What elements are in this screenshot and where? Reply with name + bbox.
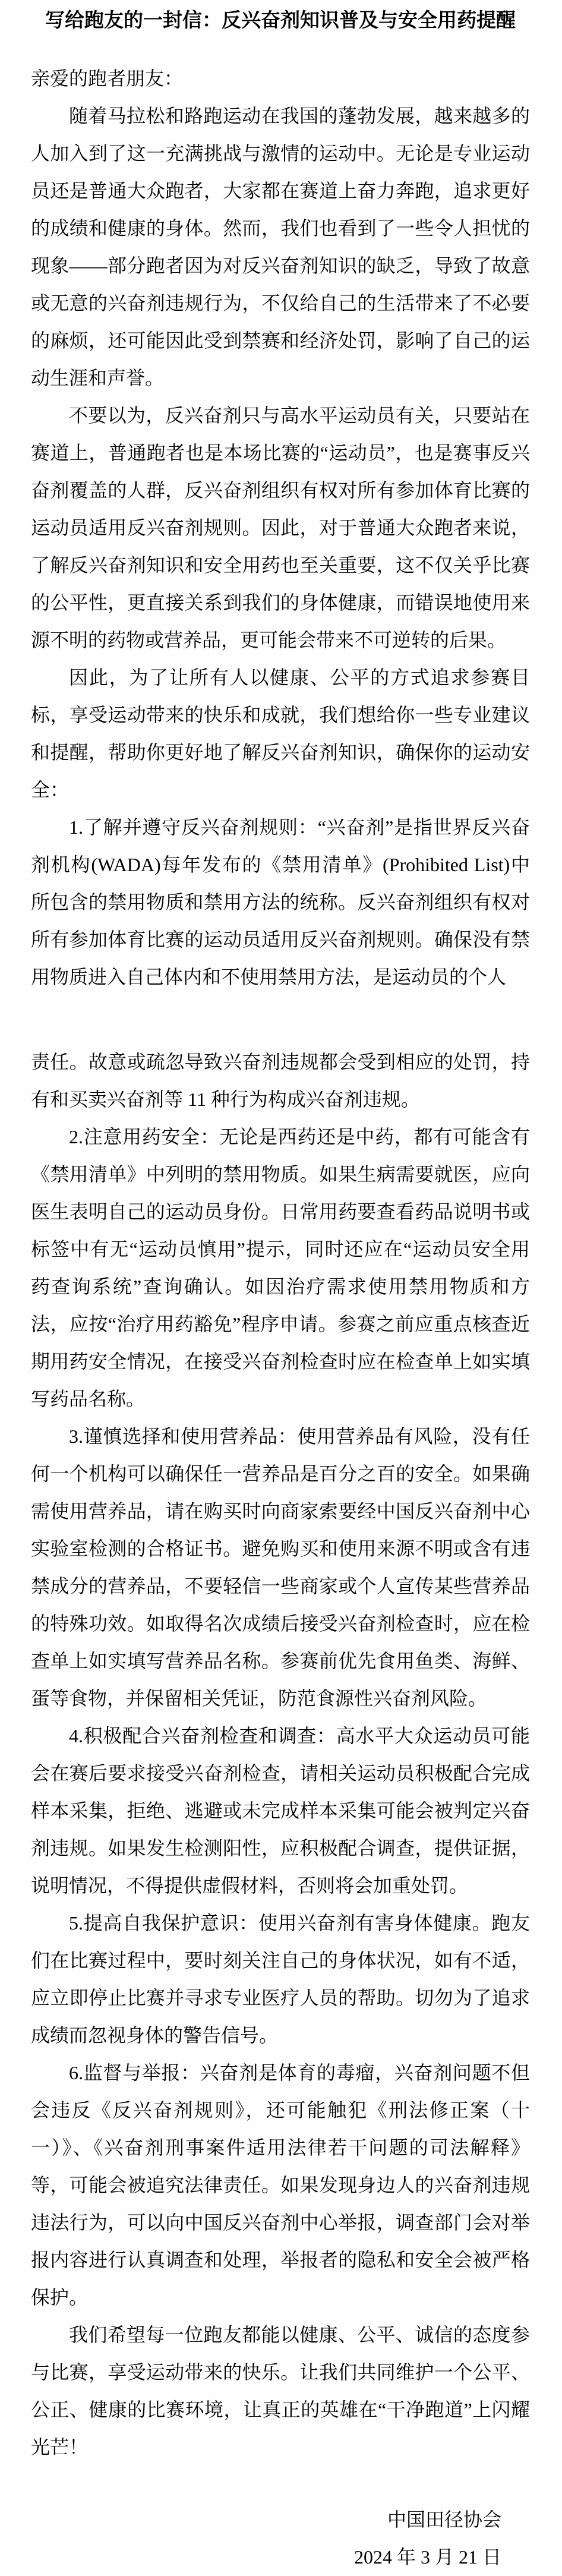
- letter-document-page: 写给跑友的一封信：反兴奋剂知识普及与安全用药提醒 亲爱的跑者朋友： 随着马拉松和…: [0, 0, 562, 2576]
- letter-title: 写给跑友的一封信：反兴奋剂知识普及与安全用药提醒: [31, 7, 530, 33]
- paragraph-point-1-rules-part-b: 责任。故意或疏忽导致兴奋剂违规都会受到相应的处罚，持有和买卖兴奋剂等 11 种行…: [31, 1043, 530, 1118]
- page-break-gap: [31, 996, 530, 1043]
- paragraph-intro-development: 随着马拉松和路跑运动在我国的蓬勃发展，越来越多的人加入到了这一充满挑战与激情的运…: [31, 97, 530, 397]
- signature-organization: 中国田径协会: [31, 2501, 501, 2539]
- signature-date: 2024 年 3 月 21 日: [31, 2539, 501, 2576]
- paragraph-point-4-testing-cooperation: 4.积极配合兴奋剂检查和调查：高水平大众运动员可能会在赛后要求接受兴奋剂检查，请…: [31, 1717, 530, 1905]
- paragraph-point-5-self-protection: 5.提高自我保护意识：使用兴奋剂有害身体健康。跑友们在比赛过程中，要时刻关注自己…: [31, 1905, 530, 2054]
- letter-salutation: 亲爱的跑者朋友：: [31, 60, 530, 97]
- paragraph-point-3-supplements: 3.谨慎选择和使用营养品：使用营养品有风险，没有任何一个机构可以确保任一营养品是…: [31, 1418, 530, 1717]
- signature-block: 中国田径协会 2024 年 3 月 21 日: [31, 2501, 530, 2576]
- paragraph-anti-doping-applies-to-all: 不要以为，反兴奋剂只与高水平运动员有关，只要站在赛道上，普通跑者也是本场比赛的“…: [31, 397, 530, 659]
- paragraph-point-6-supervision-reporting: 6.监督与举报：兴奋剂是体育的毒瘤，兴奋剂问题不但会违反《反兴奋剂规则》，还可能…: [31, 2054, 530, 2316]
- paragraph-point-2-medication-safety: 2.注意用药安全：无论是西药还是中药，都有可能含有《禁用清单》中列明的禁用物质。…: [31, 1118, 530, 1418]
- paragraph-advice-lead-in: 因此，为了让所有人以健康、公平的方式追求参赛目标，享受运动带来的快乐和成就，我们…: [31, 659, 530, 809]
- paragraph-closing-wish: 我们希望每一位跑友都能以健康、公平、诚信的态度参与比赛，享受运动带来的快乐。让我…: [31, 2316, 530, 2466]
- paragraph-point-1-rules-part-a: 1.了解并遵守反兴奋剂规则：“兴奋剂”是指世界反兴奋剂机构(WADA)每年发布的…: [31, 809, 530, 996]
